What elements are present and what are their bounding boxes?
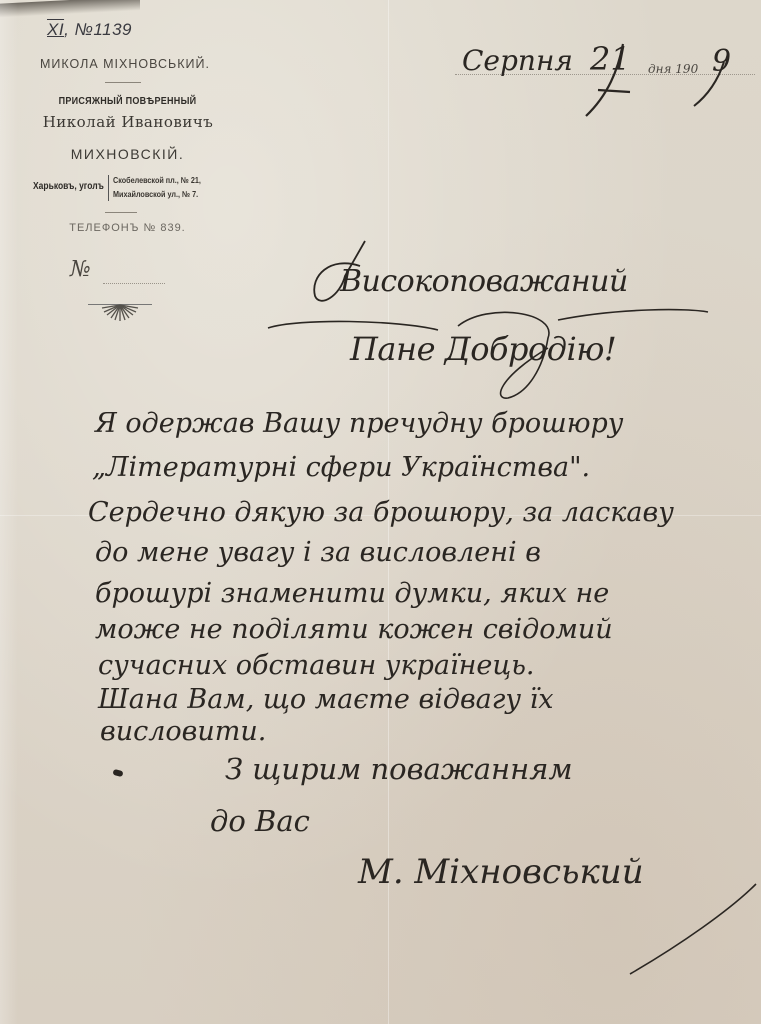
signature: М. Міхновський	[358, 852, 644, 892]
salutation-line-2: Пане Добродію!	[350, 330, 616, 368]
body-line-5: брошурі знаменити думки, яких не	[95, 578, 609, 609]
body-line-1: Я одержав Вашу пречудну брошюру	[95, 408, 623, 439]
body-line-3: Сердечно дякую за брошюру, за ласкаву	[88, 497, 674, 528]
scan-edge-shadow	[0, 0, 140, 18]
body-line-4: до мене увагу і за висловлені в	[95, 537, 541, 568]
letterhead-surname: МИХНОВСКIЙ.	[40, 146, 215, 162]
closing-line-1: З щирим поважанням	[225, 752, 573, 786]
letterhead-address-line-1: Скобелевской пл., № 21,	[113, 175, 201, 185]
archive-mark: XI, №1139	[47, 20, 132, 40]
sunburst-ornament-icon	[88, 302, 152, 324]
date-year-stroke	[690, 60, 730, 110]
number-label: №	[70, 257, 91, 282]
number-dotted-line	[103, 283, 165, 284]
letterhead-divider	[105, 82, 141, 83]
body-line-2: „Літературні сфери Українства".	[92, 452, 590, 483]
body-line-8: Шана Вам, що маєте відвагу їх	[98, 684, 554, 715]
letterhead-divider	[105, 212, 137, 213]
ink-blot	[112, 769, 123, 777]
letterhead-full-name: Николай Ивановичъ	[28, 113, 228, 131]
salutation-line-1: Високоповажаний	[340, 264, 628, 299]
body-line-7: сучасних обставин українець.	[98, 650, 535, 681]
paper-edge	[0, 0, 18, 1024]
date-day-flourish	[578, 40, 638, 120]
body-line-9: висловити.	[100, 716, 266, 747]
signature-flourish	[620, 880, 760, 980]
letterhead-address-line-2: Михайловской ул., № 7.	[113, 189, 198, 199]
archive-roman-numeral: XI	[47, 20, 64, 39]
address-brace	[108, 175, 109, 201]
letterhead-city: Харьковъ, уголъ	[33, 181, 104, 192]
letter-page: XI, №1139 МИКОЛА МІХНОВСЬКИЙ. ПРИСЯЖНЫЙ …	[0, 0, 761, 1024]
date-month: Серпня	[462, 44, 573, 77]
letterhead-phone: ТЕЛЕФОНЪ № 839.	[40, 222, 215, 234]
letterhead-name-ukrainian: МИКОЛА МІХНОВСЬКИЙ.	[40, 57, 210, 71]
date-day-label: дня	[648, 62, 671, 76]
letterhead-title: ПРИСЯЖНЫЙ ПОВѢРЕННЫЙ	[49, 96, 207, 107]
body-line-6: може не поділяти кожен свідомий	[95, 614, 613, 645]
archive-number: , №1139	[64, 20, 132, 39]
closing-line-2: до Вас	[210, 804, 310, 838]
